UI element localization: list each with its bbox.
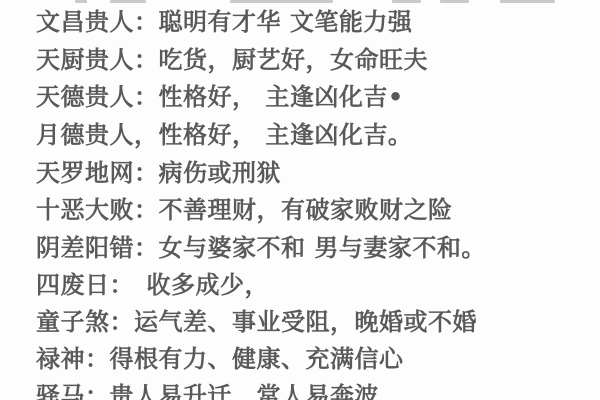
text-line-yima-clipped: 驿马：贵人易升迁，常人易奔波 <box>36 384 379 400</box>
clipped-text-remnant <box>110 0 146 3</box>
clipped-text-remnant <box>392 0 421 3</box>
text-line-yuede-guiren: 月德贵人，性格好， 主逢凶化吉。 <box>36 123 412 147</box>
clipped-text-remnant <box>500 0 555 3</box>
document-page: 文昌贵人：聪明有才华 文笔能力强 天厨贵人：吃货，厨艺好，女命旺夫 天德贵人：性… <box>0 0 600 400</box>
clipped-text-remnant <box>75 0 87 3</box>
text-line-tianchu-guiren: 天厨贵人：吃货，厨艺好，女命旺夫 <box>36 48 428 72</box>
text-line-lushen: 禄神：得根有力、健康、充满信心 <box>36 347 404 371</box>
text-line-tiande-guiren: 天德贵人：性格好， 主逢凶化吉• <box>36 85 404 109</box>
clipped-text-remnant <box>440 0 469 3</box>
text-line-wenchang-guiren: 文昌贵人：聪明有才华 文笔能力强 <box>36 10 412 34</box>
text-line-yincha-yangcuo: 阴差阳错：女与婆家不和 男与妻家不和。 <box>36 236 486 260</box>
text-line-sifeiri: 四废日： 收多成少， <box>36 273 269 297</box>
text-line-tianluo-diwang: 天罗地网：病伤或刑狱 <box>36 161 281 185</box>
clipped-text-remnant <box>230 0 333 3</box>
text-line-tongzisha: 童子煞：运气差、事业受阻，晚婚或不婚 <box>36 310 477 334</box>
text-line-shie-dabai: 十恶大败：不善理财，有破家败财之险 <box>36 198 453 222</box>
